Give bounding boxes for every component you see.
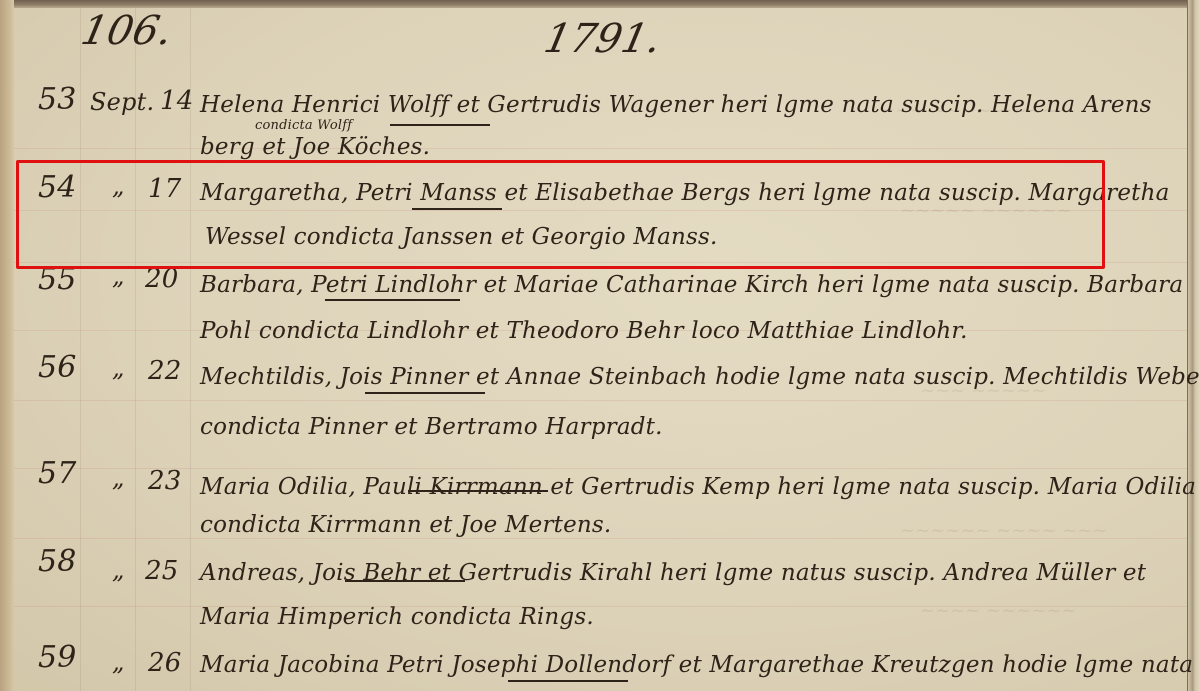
page-number: 106. <box>77 8 177 54</box>
entry-number: 57 <box>38 456 77 491</box>
entry-number: 54 <box>38 170 77 205</box>
surname-underline <box>412 208 502 210</box>
entry-line-2: condicta Pinner et Bertramo Harpradt. <box>200 414 663 440</box>
entry-number: 55 <box>38 262 77 297</box>
entry-line-1: Mechtildis, Jois Pinner et Annae Steinba… <box>200 364 1200 390</box>
entry-line-2: Maria Himperich condicta Rings. <box>200 604 594 630</box>
entry-month: „ <box>112 648 125 676</box>
surname-underline <box>365 392 485 394</box>
entry-month: „ <box>112 262 125 290</box>
book-right-edge <box>1187 0 1200 691</box>
entry-day: 14 <box>160 86 193 116</box>
entry-month: „ <box>112 354 125 382</box>
entry-day: 26 <box>148 648 181 678</box>
entry-number: 59 <box>38 640 77 675</box>
entry-month: Sept. <box>90 88 154 116</box>
entry-line-2: Pohl condicta Lindlohr et Theodoro Behr … <box>200 318 968 344</box>
surname-underline <box>325 299 460 301</box>
entry-line-1: Maria Jacobina Petri Josephi Dollendorf … <box>200 652 1200 678</box>
register-page: ~~~ ~~~~ ~~~~~ ~~~~~ ~~~~~~ ~~~ ~~~~~ ~~… <box>0 0 1200 691</box>
entry-day: 25 <box>145 556 178 586</box>
entry-number: 58 <box>38 544 77 579</box>
surname-underline <box>408 490 548 492</box>
entry-line-1: Andreas, Jois Behr et Gertrudis Kirahl h… <box>200 560 1146 586</box>
book-left-edge <box>0 0 14 691</box>
year-heading: 1791. <box>540 16 665 62</box>
entry-month: „ <box>112 464 125 492</box>
entry-number: 56 <box>38 350 77 385</box>
surname-underline <box>390 124 490 126</box>
entry-day: 20 <box>145 264 178 294</box>
surname-underline <box>508 680 628 682</box>
entry-day: 23 <box>148 466 181 496</box>
surname-underline <box>345 580 465 582</box>
entry-line-2: Wessel condicta Janssen et Georgio Manss… <box>205 224 718 250</box>
entry-number: 53 <box>38 82 77 117</box>
entry-month: „ <box>112 556 125 584</box>
entry-line-1: Maria Odilia, Pauli Kirrmann et Gertrudi… <box>200 474 1200 500</box>
entry-line-1: Helena Henrici Wolff et Gertrudis Wagene… <box>200 92 1152 118</box>
entry-day: 22 <box>148 356 181 386</box>
entry-month: „ <box>112 172 125 200</box>
entry-line-1: Margaretha, Petri Manss et Elisabethae B… <box>200 180 1170 206</box>
entry-day: 17 <box>148 174 181 204</box>
interlinear-note: condicta Wolff <box>255 118 352 133</box>
entry-line-2: condicta Kirrmann et Joe Mertens. <box>200 512 611 538</box>
margin-line <box>80 8 81 691</box>
entry-line-1: Barbara, Petri Lindlohr et Mariae Cathar… <box>200 272 1183 298</box>
book-top-edge <box>0 0 1200 8</box>
entry-line-2: berg et Joe Köches. <box>200 134 430 160</box>
